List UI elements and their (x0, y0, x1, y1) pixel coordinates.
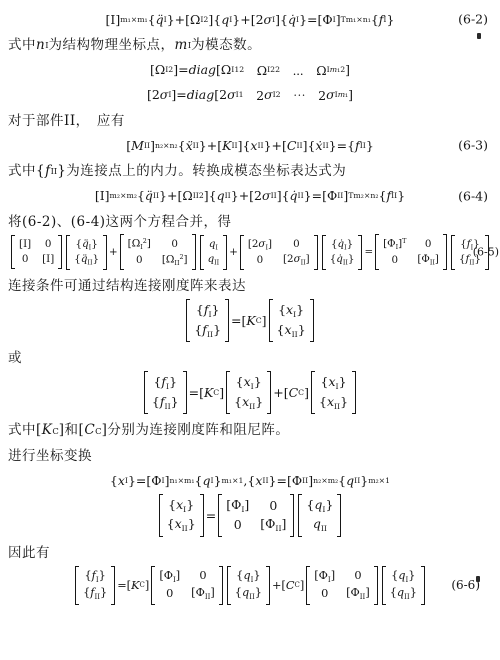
math-text: ] (176, 569, 180, 582)
math-text: q̇ (288, 12, 296, 27)
math-text: q̈ (156, 12, 164, 27)
math-text: [2 (283, 253, 294, 265)
math-text: }=[Φ (128, 473, 162, 488)
math-text: σ (326, 87, 335, 102)
math-text: K (204, 385, 213, 400)
matrix-cell: 0 (45, 238, 52, 251)
math-text: } (339, 374, 347, 389)
equation-content: {xI}=[ΦI]n₁×m₁{qI}m₁×1 ,{xII}=[ΦII]n₂×m₂… (110, 473, 390, 488)
matrix-cell: qI (209, 238, 218, 252)
math-text: 0 (354, 569, 361, 582)
math-text: ] (345, 62, 350, 77)
math-text: ] (304, 385, 309, 400)
text-line: 连接条件可通过结构连接刚度阵来表达 (0, 278, 500, 296)
math-text: [Φ (226, 497, 241, 512)
math-text: ] (262, 313, 267, 328)
equation-content: [MII]n₂×n₂{ẍII}+[KII]{xII}+[CII]{ẋII}={f… (126, 138, 374, 153)
math-text: [2 (147, 87, 160, 102)
equation-line: [I]00[I]{q̈I}{q̈II}+[ΩI2]00[ΩII2]qIqII+[… (0, 234, 500, 270)
equation-content: {fI}{fII}=[KC][ΦI]00[ΦII]{qI}{qII}+[CC][… (73, 566, 427, 605)
bracket-matrix: {qI}{qII} (382, 566, 425, 605)
equation-line: {xI}{xII}=[ΦI]00[ΦII]{qI}qII (0, 494, 500, 538)
matrix-cell: {xI} (321, 374, 347, 392)
math-text: C (286, 579, 295, 592)
math-text: m₁×m₁ (120, 15, 147, 24)
math-text: { (390, 586, 397, 599)
equation-content: 连接条件可通过结构连接刚度阵来表达 (8, 278, 246, 296)
math-text: 0 (321, 587, 328, 600)
math-text: q̇ (290, 188, 298, 203)
math-text: ] (365, 586, 369, 599)
math-text: K (42, 422, 53, 440)
math-text: }+[Ω (167, 12, 201, 27)
math-text: x (250, 138, 257, 153)
bracket-matrix: {qI}{qII} (227, 566, 270, 605)
matrix-cell: [2σI] (248, 238, 272, 252)
math-text: C (289, 385, 299, 400)
math-text: ]{ (303, 138, 316, 153)
bracket-matrix: [2σI]00[2σII] (240, 235, 318, 270)
math-text: ] (331, 569, 335, 582)
matrix-cell: 0 (166, 587, 173, 601)
matrix-cell: 0 (171, 238, 178, 251)
math-text: 为结构物理坐标点， (49, 37, 175, 55)
matrix-cell: {fI} (196, 302, 220, 320)
math-text: x (327, 394, 334, 409)
math-text: q (398, 569, 405, 582)
math-text: m₂×n₂ (353, 191, 378, 200)
math-text: m (330, 65, 337, 74)
matrix-cell: {qI} (391, 569, 415, 585)
matrix-cell: {fII} (194, 322, 221, 340)
matrix-cell: {xI} (236, 374, 262, 392)
text-line: 或 (0, 350, 500, 368)
bracket-matrix: [ΦI]00[ΦII] (306, 566, 377, 605)
math-text: { (234, 394, 242, 409)
math-text: ẋ (315, 138, 322, 153)
math-text: } (99, 569, 106, 582)
matrix-cell: 0 (293, 238, 300, 251)
math-text: diag (189, 62, 216, 77)
math-text: [Φ (159, 569, 173, 582)
matrix-cell: qII (313, 516, 327, 534)
math-text: } (408, 569, 415, 582)
math-text: [Φ (191, 586, 205, 599)
equation-line: [I]m₁×m₁{q̈I}+[ΩI2]{qI}+[2σI]{q̇I}=[ΦI]T… (0, 9, 500, 29)
matrix-cell: [ΦII] (346, 586, 370, 602)
math-text: ⋯ 2 (281, 86, 326, 104)
matrix-cell: [ΩII2] (162, 253, 188, 267)
matrix-cell: {q̈I} (76, 238, 98, 252)
matrix-cell: 0 (257, 254, 264, 267)
bracket-matrix: {q̈I}{q̈II} (66, 235, 107, 270)
math-text: } (255, 394, 263, 409)
matrix-cell: {q̈II} (74, 253, 99, 267)
math-text: σ (264, 87, 273, 102)
equation-content: [I]m₁×m₁{q̈I}+[ΩI2]{qI}+[2σI]{q̇I}=[ΦI]T… (106, 12, 395, 27)
bracket-matrix: [ΦI]00[ΦII] (218, 494, 294, 538)
equation-content: 式中{fII}为连接点上的内力。转换成模态坐标表达式为 (8, 163, 346, 181)
math-text: } (169, 374, 177, 389)
math-text: diag (187, 87, 214, 102)
math-text: = (364, 246, 373, 258)
math-text: } (298, 322, 306, 337)
matrix-cell: [ΦII] (191, 586, 215, 602)
math-text: II (51, 166, 58, 176)
math-text: [Ω (216, 62, 231, 77)
math-text: { (167, 516, 175, 531)
math-text: Ω (244, 61, 267, 79)
matrix-cell: {q̇II} (330, 253, 355, 267)
matrix-cell: 0 (199, 569, 206, 583)
math-text: ] (184, 254, 188, 266)
math-text: m₂×1 (368, 476, 390, 485)
equation-line: {xI}=[ΦI]n₁×m₁{qI}m₁×1 ,{xII}=[ΦII]n₂×m₂… (0, 471, 500, 491)
math-text: } (410, 586, 417, 599)
math-text: ]{ (238, 138, 251, 153)
text-line: 进行坐标变换 (0, 448, 500, 466)
matrix-cell: {qI} (306, 497, 333, 515)
math-text: }为连接点上的内力。转换成模态坐标表达式为 (57, 163, 346, 181)
equation-line: [2σI]=diag[2σI1 2σI2 ⋯ 2σIm₁] (0, 85, 500, 105)
math-text: I2 (267, 65, 275, 74)
math-text: }+[ (199, 138, 222, 153)
math-text: ] (145, 579, 149, 592)
math-text: { (148, 12, 156, 27)
math-text: q (202, 473, 210, 488)
ink-speck-mid-right (476, 576, 480, 582)
text-line: 因此有 (0, 545, 500, 563)
equation-content: [2σI]=diag[2σI1 2σI2 ⋯ 2σIm₁] (147, 86, 353, 104)
bracket-matrix: [ΩI2]00[ΩII2] (120, 234, 196, 270)
math-text: } (386, 12, 394, 27)
math-text: ]{ (208, 12, 221, 27)
matrix-cell: [ΩI2] (128, 237, 151, 251)
math-text: } (296, 302, 304, 317)
math-text: =[ (231, 313, 246, 328)
equation-area: [I]m₁×m₁{q̈I}+[ΩI2]{qI}+[2σI]{q̇I}=[ΦI]T… (0, 9, 500, 605)
math-text: σ (264, 12, 273, 27)
matrix-cell: 0 (22, 253, 29, 266)
matrix-cell: 0 (391, 254, 398, 267)
math-text: 0 (391, 254, 398, 266)
equation-content: [I]m₂×m₂{q̈II}+[ΩII2]{qII}+[2σII]{q̇II}=… (95, 188, 405, 203)
matrix-cell: {qII} (235, 586, 262, 602)
math-text: II (214, 259, 219, 267)
equation-line: [MII]n₂×n₂{ẍII}+[KII]{xII}+[CII]{ẋII}={f… (0, 135, 500, 155)
math-text: ] (244, 497, 249, 512)
bracket-matrix: {qI}qII (298, 494, 341, 538)
equation-number: (6-4) (458, 188, 488, 203)
matrix-cell: [ΦI] (314, 569, 335, 585)
math-text: +[ (272, 579, 286, 592)
math-text: C (84, 422, 95, 440)
equation-content: {xI}{xII}=[ΦI]00[ΦII]{qI}qII (157, 494, 344, 538)
math-text: 0 (166, 587, 173, 600)
math-text: ]= (171, 87, 186, 102)
math-text: q (243, 569, 250, 582)
math-text: q̈ (82, 238, 89, 250)
math-text: [Ω (128, 238, 141, 250)
math-text: [Φ (383, 238, 395, 250)
math-text: 0 (234, 517, 242, 532)
math-text: 0 (22, 253, 29, 265)
math-text: + (109, 246, 118, 258)
math-text: [2 (248, 238, 259, 250)
equation-content: [I]00[I]{q̈I}{q̈II}+[ΩI2]00[ΩII2]qIqII+[… (9, 234, 491, 270)
math-text: σ (262, 188, 271, 203)
matrix-cell: {xII} (234, 394, 263, 412)
math-text: T (402, 237, 406, 245)
math-text: { (137, 188, 145, 203)
math-text: n (36, 37, 45, 55)
math-text: 0 (136, 254, 143, 266)
text-line: 式中{fII}为连接点上的内力。转换成模态坐标表达式为 (0, 163, 500, 181)
math-text: ẍ (186, 138, 193, 153)
math-text: 0 (269, 498, 277, 513)
equation-content: 将(6-2)、(6-4)这两个方程合并，得 (8, 214, 232, 232)
math-text: σ (294, 253, 301, 265)
math-text: n₁×m₁ (169, 476, 194, 485)
bracket-matrix: {fI}{fII} (144, 371, 187, 415)
math-text: 或 (8, 350, 22, 368)
math-text: { (196, 302, 204, 317)
matrix-cell: [I] (42, 253, 54, 266)
math-text: } (254, 374, 262, 389)
math-text: { (110, 473, 118, 488)
bracket-matrix: {xI}{xII} (269, 299, 314, 343)
equation-content: 因此有 (8, 545, 50, 563)
math-text: ] (210, 586, 214, 599)
bracket-matrix: {fI}{fII} (75, 566, 115, 605)
math-text: { (152, 394, 160, 409)
math-text: } (186, 497, 194, 512)
math-text: } (360, 473, 368, 488)
math-text: ] (268, 238, 272, 250)
matrix-cell: {xII} (319, 394, 348, 412)
math-text: [I] (95, 188, 110, 203)
matrix-cell: {fII} (152, 394, 179, 412)
math-text: I2 (273, 90, 281, 99)
math-text: C (287, 138, 297, 153)
math-text: } (214, 473, 222, 488)
math-text: ] (282, 516, 287, 531)
math-text: 对于部件II， 应有 (8, 113, 125, 131)
math-text: m (175, 37, 188, 55)
math-text: K (246, 313, 255, 328)
bracket-matrix: {xI}{xII} (311, 371, 356, 415)
math-text: σ (227, 87, 236, 102)
bracket-matrix: [ΦI]T00[ΦII] (375, 234, 447, 270)
matrix-cell: {xII} (167, 516, 196, 534)
math-text: { (236, 374, 244, 389)
math-text: 0 (425, 238, 432, 250)
math-text: { (277, 322, 285, 337)
math-text: [I] (19, 238, 31, 250)
math-text: II (321, 524, 327, 533)
equation-line: [ΩI2]=diag[ΩI12 ΩI22 ⋯ ΩIm₁2] (0, 60, 500, 80)
matrix-cell: {fII} (83, 586, 107, 602)
math-text: } (325, 497, 333, 512)
math-text: { (84, 569, 91, 582)
math-text: { (319, 394, 327, 409)
math-text: 2 (244, 86, 264, 104)
equation-content: {fI}{fII}=[KC]{xI}{xII} (184, 299, 315, 343)
matrix-cell: [ΦI] (226, 497, 249, 515)
matrix-cell: 0 (321, 587, 328, 601)
math-text: } (340, 394, 348, 409)
math-text: m₂×m₂ (110, 191, 137, 200)
math-text: q̈ (145, 188, 153, 203)
equation-line: [I]m₂×m₂{q̈II}+[ΩII2]{qII}+[2σII]{q̇II}=… (0, 186, 500, 206)
math-text: ] (219, 385, 224, 400)
math-text: 式中[ (8, 422, 42, 440)
math-text: [Ω (162, 254, 175, 266)
matrix-cell: [ΦI] (159, 569, 180, 585)
document-page: [I]m₁×m₁{q̈I}+[ΩI2]{qI}+[2σI]{q̇I}=[ΦI]T… (0, 0, 500, 660)
math-text: }=[Φ (299, 12, 333, 27)
text-line: 式中[KC]和[CC]分别为连接刚度阵和阻尼阵。 (0, 422, 500, 440)
matrix-cell: {xII} (277, 322, 306, 340)
math-text: 0 (45, 238, 52, 250)
math-text: }+[2 (231, 188, 262, 203)
math-text: m₁×n₁ (346, 15, 371, 24)
math-text: K (222, 138, 231, 153)
matrix-cell: [I] (19, 238, 31, 251)
equation-number: (6-3) (458, 138, 488, 153)
math-text: { (278, 302, 286, 317)
equation-content: 式中[KC]和[CC]分别为连接刚度阵和阻尼阵。 (8, 422, 289, 440)
math-text: ] (306, 253, 310, 265)
matrix-cell: {xI} (278, 302, 304, 320)
bracket-matrix: qIqII (200, 235, 228, 270)
text-line: 将(6-2)、(6-4)这两个方程合并，得 (0, 214, 500, 232)
math-text: { (235, 586, 242, 599)
math-text: x (328, 374, 335, 389)
math-text: I (215, 243, 218, 251)
math-text: =[ (117, 579, 131, 592)
math-text: q (346, 473, 354, 488)
equation-number: (6-2) (458, 12, 488, 27)
math-text: x (285, 322, 292, 337)
math-text: ]{ (277, 188, 290, 203)
math-text: n₂×n₂ (155, 141, 178, 150)
math-text: [Φ (417, 253, 429, 265)
math-text: [Φ (260, 516, 275, 531)
math-text: =[ (189, 385, 204, 400)
math-text: ]和[ (59, 422, 85, 440)
math-text: q (221, 12, 229, 27)
matrix-cell: {fI} (84, 569, 105, 585)
math-text: ] (300, 579, 304, 592)
math-text: ]= (173, 62, 188, 77)
matrix-cell: qII (208, 253, 220, 267)
matrix-cell: {q̇I} (331, 238, 353, 252)
math-text: +[ (273, 385, 288, 400)
math-text: [2 (214, 87, 227, 102)
math-text: 连接条件可通过结构连接刚度阵来表达 (8, 278, 246, 296)
math-text: { (178, 138, 186, 153)
math-text: } (347, 238, 354, 250)
math-text: K (131, 579, 139, 592)
math-text: 为模态数。 (191, 37, 261, 55)
math-text: M (131, 138, 144, 153)
math-text: m (338, 90, 345, 99)
math-text: = (206, 508, 216, 523)
math-text: } (397, 188, 405, 203)
matrix-cell: {xI} (168, 497, 194, 515)
bracket-matrix: {xI}{xII} (226, 371, 271, 415)
matrix-cell: 0 (234, 517, 242, 533)
math-text: q (313, 516, 321, 531)
math-text: x (175, 516, 182, 531)
text-line: 对于部件II， 应有 (0, 113, 500, 131)
bracket-matrix: {fI}{fII} (186, 299, 229, 343)
matrix-cell: 0 (136, 254, 143, 267)
math-text: } (213, 322, 221, 337)
equation-number: (6-5) (473, 246, 499, 259)
math-text: ]{ (275, 12, 288, 27)
math-text: { (195, 473, 203, 488)
math-text: q̇ (336, 253, 343, 265)
math-text: } (92, 253, 99, 265)
math-text: I1 (231, 65, 239, 74)
math-text: } (91, 238, 98, 250)
matrix-cell: [2σII] (283, 253, 310, 267)
math-text: } (100, 586, 107, 599)
math-text: ] (348, 87, 353, 102)
equation-line: {fI}{fII}=[KC]{xI}{xII} (0, 299, 500, 343)
math-text: }=[Φ (304, 188, 338, 203)
math-text: ] (147, 238, 151, 250)
matrix-cell: {fI} (153, 374, 177, 392)
math-text: 0 (257, 254, 264, 266)
bracket-matrix: [ΦI]00[ΦII] (151, 566, 222, 605)
matrix-cell: {qI} (236, 569, 260, 585)
math-text: x (244, 374, 251, 389)
math-text: [Ω (150, 62, 165, 77)
math-text: 式中 (8, 37, 36, 55)
math-text: 将(6-2)、(6-4)这两个方程合并，得 (8, 214, 232, 232)
math-text: [Φ (314, 569, 328, 582)
matrix-cell: {qII} (390, 586, 417, 602)
math-text: { (168, 497, 176, 512)
matrix-cell: [ΦII] (260, 516, 286, 534)
equation-line: {fI}{fII}=[KC]{xI}{xII}+[CC]{xI}{xII} (0, 371, 500, 415)
math-text: ]{ (204, 188, 217, 203)
matrix-cell: 0 (425, 238, 432, 251)
math-text: }+[Ω (159, 188, 193, 203)
math-text: 进行坐标变换 (8, 448, 92, 466)
math-text: }+[ (264, 138, 287, 153)
bracket-matrix: [I]00[I] (11, 235, 62, 269)
math-text: 0 (293, 238, 300, 250)
math-text: n₂×m₂ (313, 476, 338, 485)
math-text: } (366, 138, 374, 153)
ink-speck-top-right (477, 33, 481, 39)
math-text: 因此有 (8, 545, 50, 563)
equation-content: 或 (8, 350, 22, 368)
math-text: ] (435, 253, 439, 265)
text-line: 式中nI为结构物理坐标点，mI为模态数。 (0, 37, 500, 55)
math-text: }=[Φ (269, 473, 303, 488)
math-text: [Φ (346, 586, 360, 599)
matrix-cell: 0 (269, 498, 277, 514)
math-text: } (188, 516, 196, 531)
math-text: ,{ (243, 473, 255, 488)
matrix-cell: [ΦII] (417, 253, 439, 267)
math-text: [I] (106, 12, 121, 27)
